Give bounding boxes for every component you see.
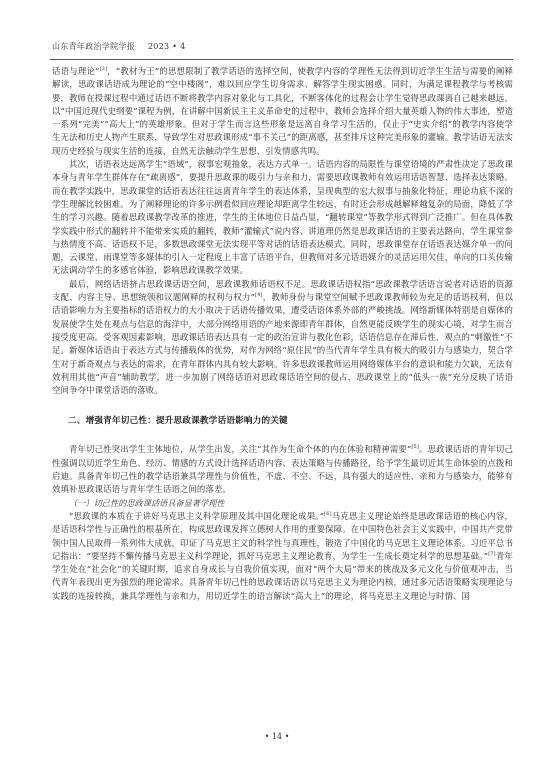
running-header: 山东青年政治学院学报 2023 • 4: [52, 41, 513, 58]
citation-ref[interactable]: [4]: [255, 292, 263, 298]
citation-ref[interactable]: [7]: [488, 551, 496, 557]
page-number: • 14 •: [0, 732, 554, 741]
paragraph-section-intro: 青年切己性突出学生主体地位，从学生出发，关注“其作为生命个体的内在体验和精神需要…: [52, 443, 513, 496]
paragraph-continuation: 话语与理论”[3]，“教材为王”的思想限制了教学话语的选择空间，使教学内容的学理…: [52, 65, 513, 158]
paragraph-finally: 最后，网络话语挤占思政课话语空间，思政课教师话语权不足。思政课话语权指“思政课教…: [52, 278, 513, 398]
issue-number: 2023 • 4: [148, 42, 186, 51]
journal-name: 山东青年政治学院学报: [52, 42, 135, 51]
citation-ref[interactable]: [3]: [100, 66, 108, 72]
citation-ref[interactable]: [6]: [324, 511, 332, 517]
article-body: 话语与理论”[3]，“教材为王”的思想限制了教学话语的选择空间，使教学内容的学理…: [52, 65, 513, 603]
header-rule: [50, 59, 513, 60]
subsection-heading: （一）切己性的思政课话语具备显著学理性: [52, 497, 513, 510]
section-heading: 二、增强青年切己性：提升思政课教学话语影响力的关键: [68, 414, 513, 426]
citation-ref[interactable]: [5]: [411, 444, 419, 450]
paragraph-subsection: “思政课的本质在于讲好马克思主义科学原理及其中国化理论成果。”[6]马克思主义理…: [52, 510, 513, 603]
paragraph-secondly: 其次，话语表达远离学生“语域”，叙事宏观抽象，表达方式单一。话语内容的局限性与课…: [52, 158, 513, 278]
